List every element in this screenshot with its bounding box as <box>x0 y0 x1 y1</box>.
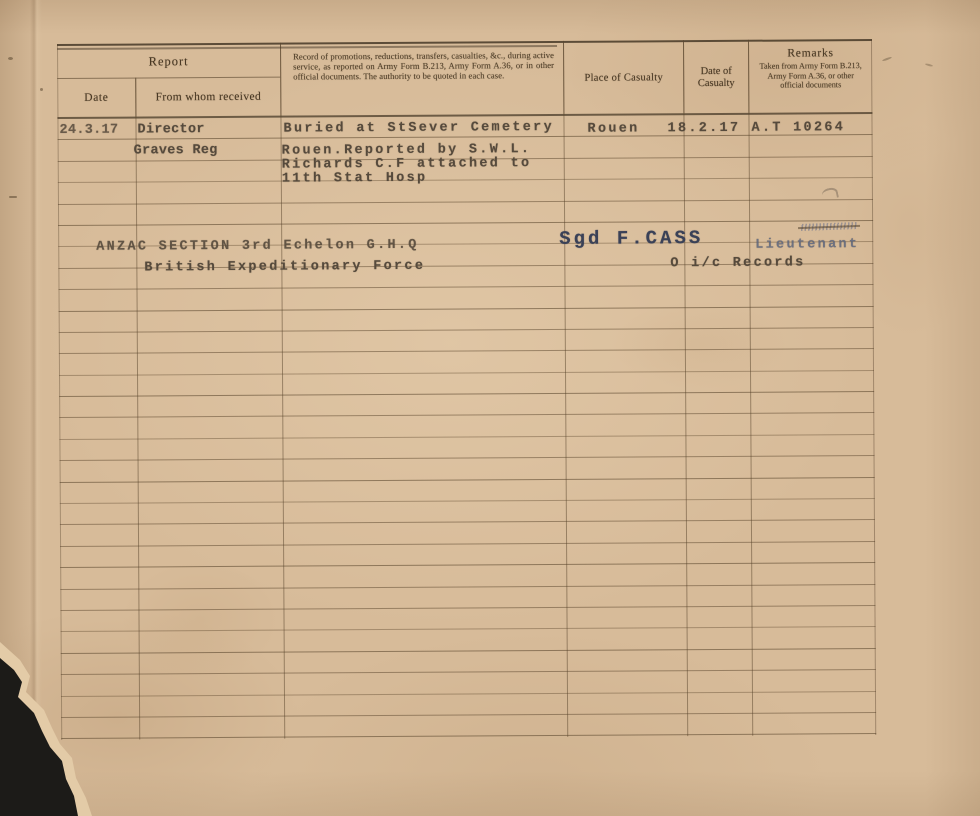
entry-casualty-date: 18.2.17 <box>667 122 740 136</box>
entry-from-whom-line: Director <box>137 123 204 137</box>
signatory-rank: Lieutenant <box>755 238 859 253</box>
record-column-header: Record of promotions, reductions, transf… <box>280 43 563 116</box>
remarks-subtitle: Taken from Army Form B.213, Army Form A.… <box>749 59 872 91</box>
from-whom-column-header: From whom received <box>135 78 280 117</box>
date-column-header: Date <box>57 79 135 117</box>
ruled-row <box>61 713 876 739</box>
ink-speck <box>9 196 17 198</box>
entry-record-line: Buried at StSever Cemetery <box>283 121 554 137</box>
ink-speck <box>8 57 13 60</box>
entry-report-date: 24.3.17 <box>59 124 118 138</box>
entry-unit-line: ANZAC SECTION 3rd Echelon G.H.Q <box>96 239 419 255</box>
table-header-row: Report Date From whom received Record of… <box>57 39 872 119</box>
casualty-date-column-header: Date of Casualty <box>683 42 748 113</box>
signatory-title: O i/c Records <box>670 256 805 271</box>
entry-place-of-casualty: Rouen <box>587 122 639 136</box>
scanned-casualty-form-page: Report Date From whom received Record of… <box>0 0 980 816</box>
paper-crease <box>30 0 42 816</box>
signature-stamp: Sgd F.CASS <box>559 231 703 246</box>
place-column-header: Place of Casualty <box>563 42 683 114</box>
ink-speck <box>40 88 43 91</box>
pencil-mark <box>882 56 892 61</box>
report-header: Report <box>57 45 280 79</box>
pencil-mark <box>925 63 933 67</box>
ruled-grid <box>57 114 876 740</box>
entry-unit-line: British Expeditionary Force <box>144 260 425 276</box>
entry-remarks-ref: A.T 10264 <box>751 121 845 136</box>
report-header-group: Report Date From whom received <box>57 45 280 117</box>
report-subheaders: Date From whom received <box>57 78 280 117</box>
entry-from-whom-line: Graves Reg <box>134 144 218 159</box>
entry-record-line: 11th Stat Hosp <box>282 172 428 187</box>
remarks-title: Remarks <box>749 47 872 60</box>
casualty-record-table: Report Date From whom received Record of… <box>57 39 876 740</box>
remarks-column-header: Remarks Taken from Army Form B.213, Army… <box>748 41 872 113</box>
